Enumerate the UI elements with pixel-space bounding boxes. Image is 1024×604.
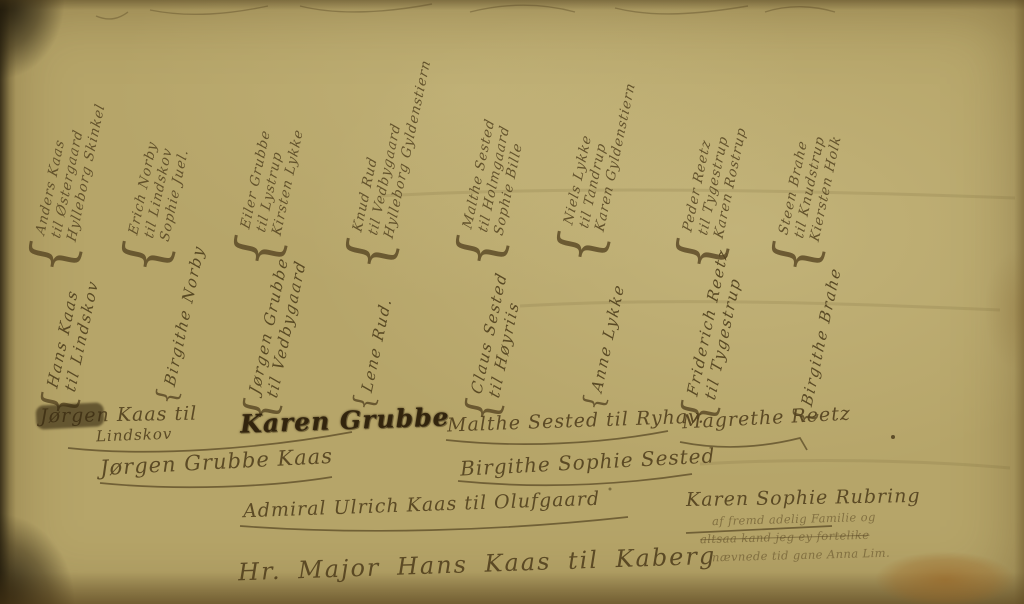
ancestor-5-name: { Claus Sested til Høyriis [462,270,529,425]
grandfather-name: Jørgen Grubbe Kaas [100,444,334,480]
mother-note-line-1: af fremd adelig Familie og [712,510,876,528]
ancestor-4-parents: { Knud Rud til Vedbygaard Hylleborg Gyld… [342,51,434,275]
father-name: Admiral Ulrich Kaas til Olufgaard [243,488,601,522]
ink-dot-small [609,488,612,491]
name-text: Kaas til [117,403,198,426]
ancestor-3-name: { Jørgen Grubbe til Vedbygaard [240,255,310,426]
great-grandfather-kaas-estate: Lindskov [96,425,173,446]
ancestor-8-parents: { Steen Brahe til Knudstrup Kiersten Hol… [768,127,845,278]
great-grandmother-grubbe: Karen Grubbe [240,402,450,438]
ink-blot [35,402,104,430]
ancestor-2-parents: { Erich Norby til Lindskov Sophie Juel. [118,140,192,278]
ancestor-3-parents: { Eiler Grubbe til Lystrup Kirsten Lykke [230,121,307,272]
name-line: Lene Rud. [358,295,395,395]
name-line: Birgithe Brahe [798,265,845,409]
manuscript-page: { Hans Kaas til Lindskov { Anders Kaas t… [0,0,1024,604]
ancestor-4-name: { Lene Rud. [352,296,397,413]
ink-dot [891,435,895,439]
ancestor-1-name: { Hans Kaas til Lindskov [38,274,102,419]
ancestor-1-parents: { Anders Kaas til Østergaard Hylleborg S… [25,95,109,278]
mother-note-line-2: altsaa kand jeg ey fortelike [700,528,870,546]
stain-bottom-right [848,534,1024,604]
ancestor-5-parents: { Malthe Sested til Holmgaard Sophie Bil… [452,117,530,272]
dark-left-edge [0,0,16,604]
grandmother-name: Birgithe Sophie Sested [460,443,716,480]
shadow-top-edge [0,0,1024,10]
mother-name: Karen Sophie Rubring [686,485,921,511]
stain-right-edge [986,250,1024,370]
name-line: Anne Lykke [588,282,628,396]
ancestor-6-parents: { Niels Lykke til Tandrup Karen Gyldenst… [553,74,639,268]
ancestor-6-name: { Anne Lykke [582,282,630,412]
